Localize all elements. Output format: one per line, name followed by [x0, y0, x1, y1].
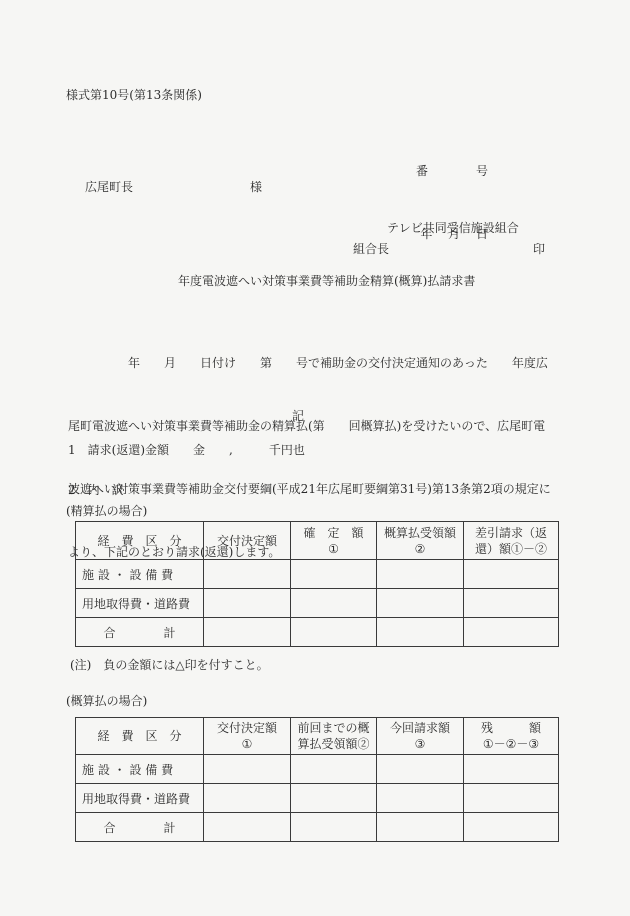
- table-row: 用地取得費・道路費: [76, 589, 559, 618]
- amount-cell: [204, 560, 291, 589]
- amount-cell: [291, 589, 377, 618]
- amount-cell: [464, 813, 559, 842]
- gaisan-header-row: 経 費 区 分 交付決定額 ① 前回までの概 算払受領額② 今回請求額 ③ 残 …: [76, 718, 559, 755]
- header-confirmed-amount: 確 定 額 ①: [291, 522, 377, 560]
- row-label-land-road: 用地取得費・道路費: [76, 784, 204, 813]
- header-remaining-amount: 残 額 ①－②－③: [464, 718, 559, 755]
- amount-cell: [291, 784, 377, 813]
- amount-cell: [464, 755, 559, 784]
- ki-heading: 記: [292, 407, 304, 424]
- amount-cell: [464, 784, 559, 813]
- addressee: 広尾町長: [85, 178, 133, 195]
- seal-mark: 印: [533, 240, 545, 257]
- sender-org: テレビ共同受信施設組合: [387, 219, 519, 236]
- request-amount-line: 1 請求(返還)金額 金 , 千円也: [68, 441, 305, 458]
- header-grant-decided-amount: 交付決定額 ①: [204, 718, 291, 755]
- header-balance-request-amount: 差引請求（返 還）額①－②: [464, 522, 559, 560]
- seisan-case-label: (精算払の場合): [66, 502, 147, 519]
- gaisan-case-label: (概算払の場合): [66, 692, 147, 709]
- seisan-table: 経 費 区 分 交付決定額 確 定 額 ① 概算払受領額 ② 差引請求（返 還）…: [75, 521, 559, 647]
- table-row-total: 合 計: [76, 813, 559, 842]
- header-current-request-amount: 今回請求額 ③: [377, 718, 464, 755]
- negative-amount-note: (注) 負の金額には△印を付すこと。: [70, 656, 269, 673]
- breakdown-heading: 2 内 訳: [68, 481, 124, 498]
- form-number: 様式第10号(第13条関係): [66, 86, 202, 103]
- doc-number-line: 番 号: [416, 161, 488, 182]
- amount-cell: [291, 618, 377, 647]
- row-label-facility: 施 設 ・ 設 備 費: [76, 560, 204, 589]
- amount-cell: [204, 589, 291, 618]
- amount-cell: [291, 560, 377, 589]
- document-page: 様式第10号(第13条関係) 番 号 年 月 日 広尾町長 様 テレビ共同受信施…: [0, 0, 630, 916]
- seisan-header-row: 経 費 区 分 交付決定額 確 定 額 ① 概算払受領額 ② 差引請求（返 還）…: [76, 522, 559, 560]
- table-row: 用地取得費・道路費: [76, 784, 559, 813]
- row-label-land-road: 用地取得費・道路費: [76, 589, 204, 618]
- honorific: 様: [250, 178, 262, 195]
- amount-cell: [377, 784, 464, 813]
- amount-cell: [377, 755, 464, 784]
- document-number-block: 番 号 年 月 日: [416, 119, 488, 287]
- document-title: 年度電波遮へい対策事業費等補助金精算(概算)払請求書: [178, 272, 475, 289]
- amount-cell: [204, 618, 291, 647]
- header-previous-provisional-received: 前回までの概 算払受領額②: [291, 718, 377, 755]
- amount-cell: [204, 755, 291, 784]
- amount-cell: [204, 784, 291, 813]
- sender-role: 組合長: [353, 240, 389, 257]
- row-label-total: 合 計: [76, 813, 204, 842]
- table-row: 施 設 ・ 設 備 費: [76, 560, 559, 589]
- amount-cell: [377, 813, 464, 842]
- row-label-total: 合 計: [76, 618, 204, 647]
- header-grant-decided-amount: 交付決定額: [204, 522, 291, 560]
- gaisan-table: 経 費 区 分 交付決定額 ① 前回までの概 算払受領額② 今回請求額 ③ 残 …: [75, 717, 559, 842]
- row-label-facility: 施 設 ・ 設 備 費: [76, 755, 204, 784]
- table-row: 施 設 ・ 設 備 費: [76, 755, 559, 784]
- body-line: 尾町電波遮へい対策事業費等補助金の精算払(第 回概算払)を受けたいので、広尾町電: [68, 416, 551, 437]
- amount-cell: [291, 813, 377, 842]
- table-row-total: 合 計: [76, 618, 559, 647]
- header-expense-category: 経 費 区 分: [76, 522, 204, 560]
- amount-cell: [377, 618, 464, 647]
- header-expense-category: 経 費 区 分: [76, 718, 204, 755]
- amount-cell: [204, 813, 291, 842]
- header-provisional-received-amount: 概算払受領額 ②: [377, 522, 464, 560]
- amount-cell: [377, 560, 464, 589]
- amount-cell: [291, 755, 377, 784]
- body-line: 波遮へい対策事業費等補助金交付要綱(平成21年広尾町要綱第31号)第13条第2項…: [68, 479, 551, 500]
- amount-cell: [464, 560, 559, 589]
- body-line: 年 月 日付け 第 号で補助金の交付決定通知のあった 年度広: [68, 353, 551, 374]
- amount-cell: [464, 618, 559, 647]
- amount-cell: [377, 589, 464, 618]
- amount-cell: [464, 589, 559, 618]
